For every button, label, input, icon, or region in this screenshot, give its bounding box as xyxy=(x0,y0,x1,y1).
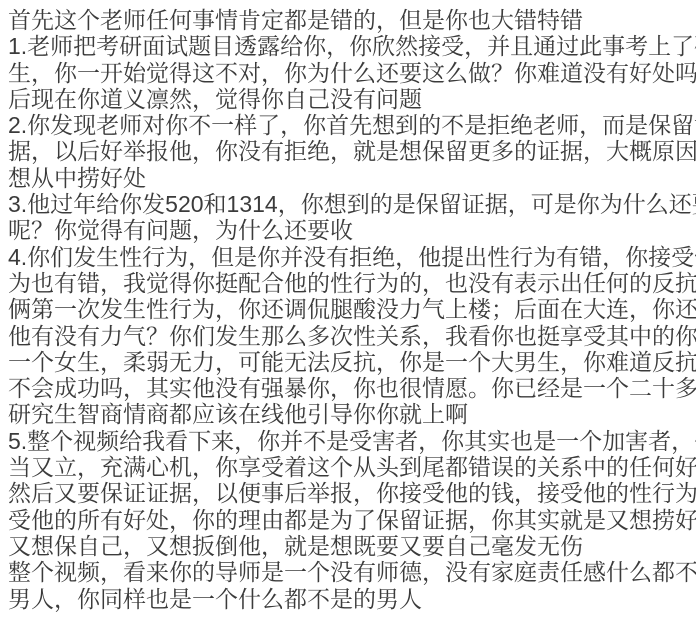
text-line: 想从中捞好处 xyxy=(8,165,692,191)
text-line: 男人，你同样也是一个什么都不是的男人 xyxy=(8,586,692,612)
text-line: 整个视频，看来你的导师是一个没有师德，没有家庭责任感什么都不是的 xyxy=(8,559,692,585)
text-line: 生，你一开始觉得这不对，你为什么还要这么做？你难道没有好处吗？然 xyxy=(8,60,692,86)
text-line: 又想保自己，又想扳倒他，就是想既要又要自己毫发无伤 xyxy=(8,533,692,559)
text-line: 一个女生，柔弱无力，可能无法反抗，你是一个大男生，你难道反抗真的 xyxy=(8,349,692,375)
text-line: 然后又要保证证据，以便事后举报，你接受他的钱，接受他的性行为，接 xyxy=(8,480,692,506)
text-line: 2.你发现老师对你不一样了，你首先想到的不是拒绝老师，而是保留证 xyxy=(8,112,692,138)
page: 首先这个老师任何事情肯定都是错的，但是你也大错特错1.老师把考研面试题目透露给你… xyxy=(0,0,696,622)
text-block: 首先这个老师任何事情肯定都是错的，但是你也大错特错1.老师把考研面试题目透露给你… xyxy=(0,0,696,612)
text-line: 受他的所有好处，你的理由都是为了保留证据，你其实就是又想捞好处， xyxy=(8,507,692,533)
text-line: 1.老师把考研面试题目透露给你，你欣然接受，并且通过此事考上了研究 xyxy=(8,33,692,59)
text-line: 3.他过年给你发520和1314，你想到的是保留证据，可是你为什么还要收 xyxy=(8,191,692,217)
text-line: 他有没有力气？你们发生那么多次性关系，我看你也挺享受其中的你不像 xyxy=(8,323,692,349)
text-line: 据，以后好举报他，你没有拒绝，就是想保留更多的证据，大概原因是你 xyxy=(8,138,692,164)
text-line: 当又立，充满心机，你享受着这个从头到尾都错误的关系中的任何好处， xyxy=(8,454,692,480)
text-line: 不会成功吗，其实他没有强暴你，你也很情愿。你已经是一个二十多岁的 xyxy=(8,375,692,401)
text-line: 后现在你道义凛然，觉得你自己没有问题 xyxy=(8,86,692,112)
text-line: 俩第一次发生性行为，你还调侃腿酸没力气上楼；后面在大连，你还调侃 xyxy=(8,296,692,322)
text-line: 研究生智商情商都应该在线他引导你你就上啊 xyxy=(8,401,692,427)
text-line: 5.整个视频给我看下来，你并不是受害者，你其实也是一个加害者，你又 xyxy=(8,428,692,454)
text-line: 首先这个老师任何事情肯定都是错的，但是你也大错特错 xyxy=(8,7,692,33)
text-line: 为也有错，我觉得你挺配合他的性行为的，也没有表示出任何的反抗，你 xyxy=(8,270,692,296)
text-line: 4.你们发生性行为，但是你并没有拒绝，他提出性行为有错，你接受性行 xyxy=(8,244,692,270)
text-line: 呢？你觉得有问题，为什么还要收 xyxy=(8,217,692,243)
